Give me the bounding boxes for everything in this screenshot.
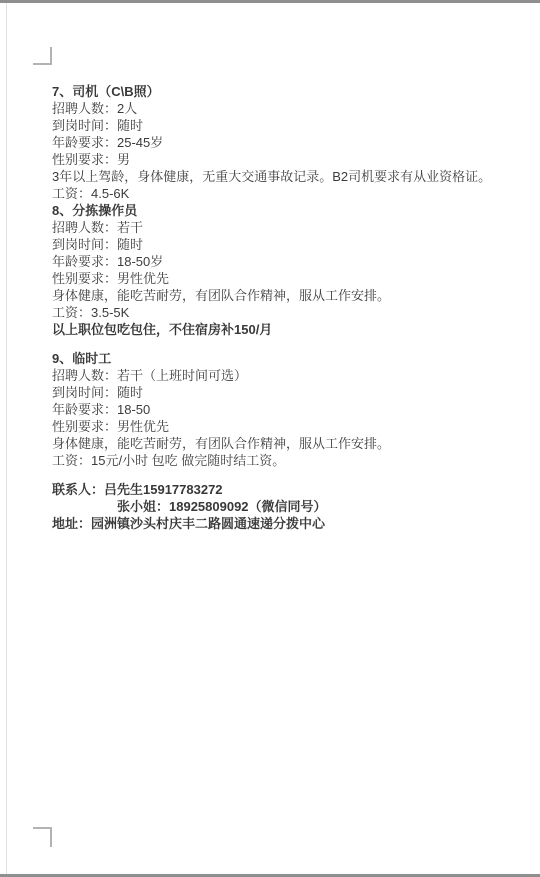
document-line: 工资：15元/小时 包吃 做完随时结工资。 (52, 452, 530, 469)
page-edge-left (6, 3, 7, 874)
document-line: 招聘人数：若干 (52, 219, 530, 236)
job-8-title: 8、分拣操作员 (52, 202, 530, 219)
document-line: 身体健康，能吃苦耐劳，有团队合作精神，服从工作安排。 (52, 287, 530, 304)
document-line: 性别要求：男性优先 (52, 418, 530, 435)
contact-line-2: 张小姐：18925809092（微信同号） (52, 498, 530, 515)
document-line: 年龄要求：25-45岁 (52, 134, 530, 151)
document-line: 年龄要求：18-50岁 (52, 253, 530, 270)
margin-corner-mark-top-left (33, 47, 52, 65)
contact-line-1: 联系人：吕先生15917783272 (52, 481, 530, 498)
document-line: 招聘人数：若干（上班时间可选） (52, 367, 530, 384)
margin-corner-mark-bottom-left (33, 827, 52, 845)
document-line: 工资：3.5-5K (52, 304, 530, 321)
document-line: 身体健康，能吃苦耐劳，有团队合作精神，服从工作安排。 (52, 435, 530, 452)
document-line: 年龄要求：18-50 (52, 401, 530, 418)
document-line: 招聘人数：2人 (52, 100, 530, 117)
job-9-title: 9、临时工 (52, 350, 530, 367)
benefits-note: 以上职位包吃包住，不住宿房补150/月 (52, 321, 530, 338)
document-body: 7、司机（C\B照）招聘人数：2人到岗时间：随时年龄要求：25-45岁性别要求：… (52, 83, 530, 532)
job-7-title: 7、司机（C\B照） (52, 83, 530, 100)
document-line: 工资：4.5-6K (52, 185, 530, 202)
document-line: 到岗时间：随时 (52, 236, 530, 253)
document-line: 到岗时间：随时 (52, 384, 530, 401)
document-line: 到岗时间：随时 (52, 117, 530, 134)
page-edge-top (0, 0, 540, 3)
document-line: 3年以上驾龄，身体健康，无重大交通事故记录。B2司机要求有从业资格证。 (52, 168, 530, 185)
address-line: 地址：园洲镇沙头村庆丰二路圆通速递分拨中心 (52, 515, 530, 532)
document-line: 性别要求：男性优先 (52, 270, 530, 287)
document-line: 性别要求：男 (52, 151, 530, 168)
document-page: 7、司机（C\B照）招聘人数：2人到岗时间：随时年龄要求：25-45岁性别要求：… (0, 0, 540, 877)
